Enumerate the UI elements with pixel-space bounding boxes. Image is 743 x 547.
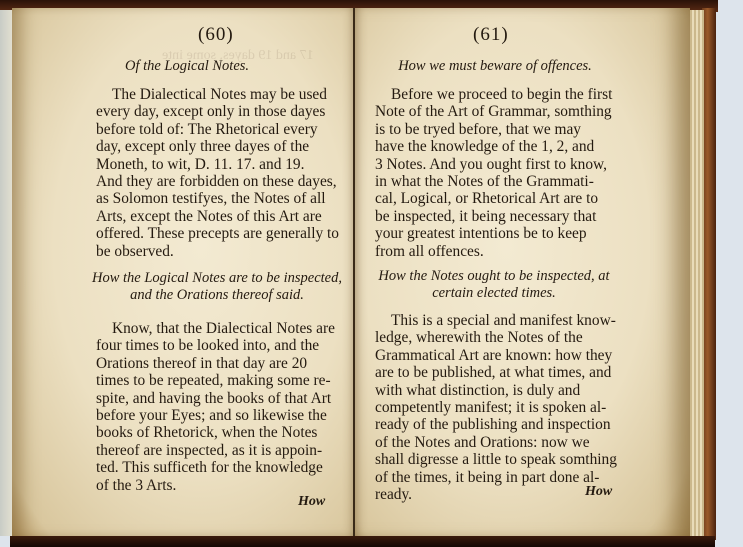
page-number-61: (61) (473, 24, 509, 46)
text-line: are to be published, at what times, and (375, 364, 625, 381)
text-line: have the knowledge of the 1, 2, and (375, 138, 625, 155)
text-line: of the Notes and Orations: now we (375, 434, 625, 451)
open-book-scene: 17 and 19 dayes, some inte (60) Of the L… (0, 0, 743, 547)
text-line: 3 Notes. And you ought first to know, (375, 156, 625, 173)
right-page-block-edge (690, 10, 704, 536)
text-line: in what the Notes of the Grammati- (375, 173, 625, 190)
text-line: from all offences. (375, 243, 625, 260)
text-line: Before we proceed to begin the first (375, 86, 625, 103)
text-line: This is a special and manifest know- (375, 312, 625, 329)
text-line: shall digresse a little to speak somthin… (375, 451, 625, 468)
running-heading-right: How we must beware of offences. (370, 58, 620, 75)
left-paragraph-1: The Dialectical Notes may be used every … (96, 86, 344, 260)
text-line: your greatest intentions be to keep (375, 225, 625, 242)
text-line: spite, and having the books of that Art (96, 390, 344, 407)
text-line: The Dialectical Notes may be used (96, 86, 344, 103)
text-line: And they are forbidden on these dayes, (96, 173, 344, 190)
right-page: (61) How we must beware of offences. Bef… (355, 8, 690, 536)
left-paragraph-2: Know, that the Dialectical Notes are fou… (96, 320, 344, 494)
text-line: Grammatical Art are known: how they (375, 347, 625, 364)
text-line: ledge, wherewith the Notes of the (375, 329, 625, 346)
text-line: is to be tryed before, that we may (375, 121, 625, 138)
text-line: times to be repeated, making some re- (96, 372, 344, 389)
text-line: thereof are inspected, as it is appoin- (96, 442, 344, 459)
text-line: Know, that the Dialectical Notes are (96, 320, 344, 337)
text-line: four times to be looked into, and the (96, 337, 344, 354)
section-heading-right: How the Notes ought to be inspected, at … (369, 268, 619, 302)
right-paragraph-1: Before we proceed to begin the first Not… (375, 86, 625, 260)
running-heading-left: Of the Logical Notes. (72, 58, 302, 75)
catchword-right: How (585, 484, 612, 500)
text-line: ready of the publishing and inspection (375, 416, 625, 433)
text-line: Orations thereof in that day are 20 (96, 355, 344, 372)
section-heading-left: How the Logical Notes are to be inspecte… (92, 270, 342, 304)
text-line: Note of the Art of Grammar, somthing (375, 103, 625, 120)
right-paragraph-2: This is a special and manifest know- led… (375, 312, 625, 503)
catchword-left: How (298, 494, 325, 510)
text-line: competently manifest; it is spoken al- (375, 399, 625, 416)
text-line: day, except only three dayes of the (96, 138, 344, 155)
text-line: as Solomon testifyes, the Notes of all (96, 190, 344, 207)
text-line: of the 3 Arts. (96, 477, 344, 494)
text-line: Moneth, to wit, D. 11. 17. and 19. (96, 156, 344, 173)
left-page: 17 and 19 dayes, some inte (60) Of the L… (12, 8, 355, 536)
text-line: before your Eyes; and so likewise the (96, 407, 344, 424)
page-number-60: (60) (198, 24, 234, 46)
text-line: Arts, except the Notes of this Art are (96, 208, 344, 225)
text-line: cal, Logical, or Rhetorical Art are to (375, 190, 625, 207)
text-line: every day, except only in those dayes (96, 103, 344, 120)
text-line: with what distinction, is duly and (375, 382, 625, 399)
book-cover-spine-edge (702, 8, 716, 540)
text-line: be observed. (96, 243, 344, 260)
text-line: ted. This sufficeth for the knowledge (96, 459, 344, 476)
text-line: offered. These precepts are generally to (96, 225, 344, 242)
book-cover-bottom (10, 536, 715, 547)
text-line: before told of: The Rhetorical every (96, 121, 344, 138)
text-line: books of Rhetorick, when the Notes (96, 424, 344, 441)
text-line: be inspected, it being necessary that (375, 208, 625, 225)
